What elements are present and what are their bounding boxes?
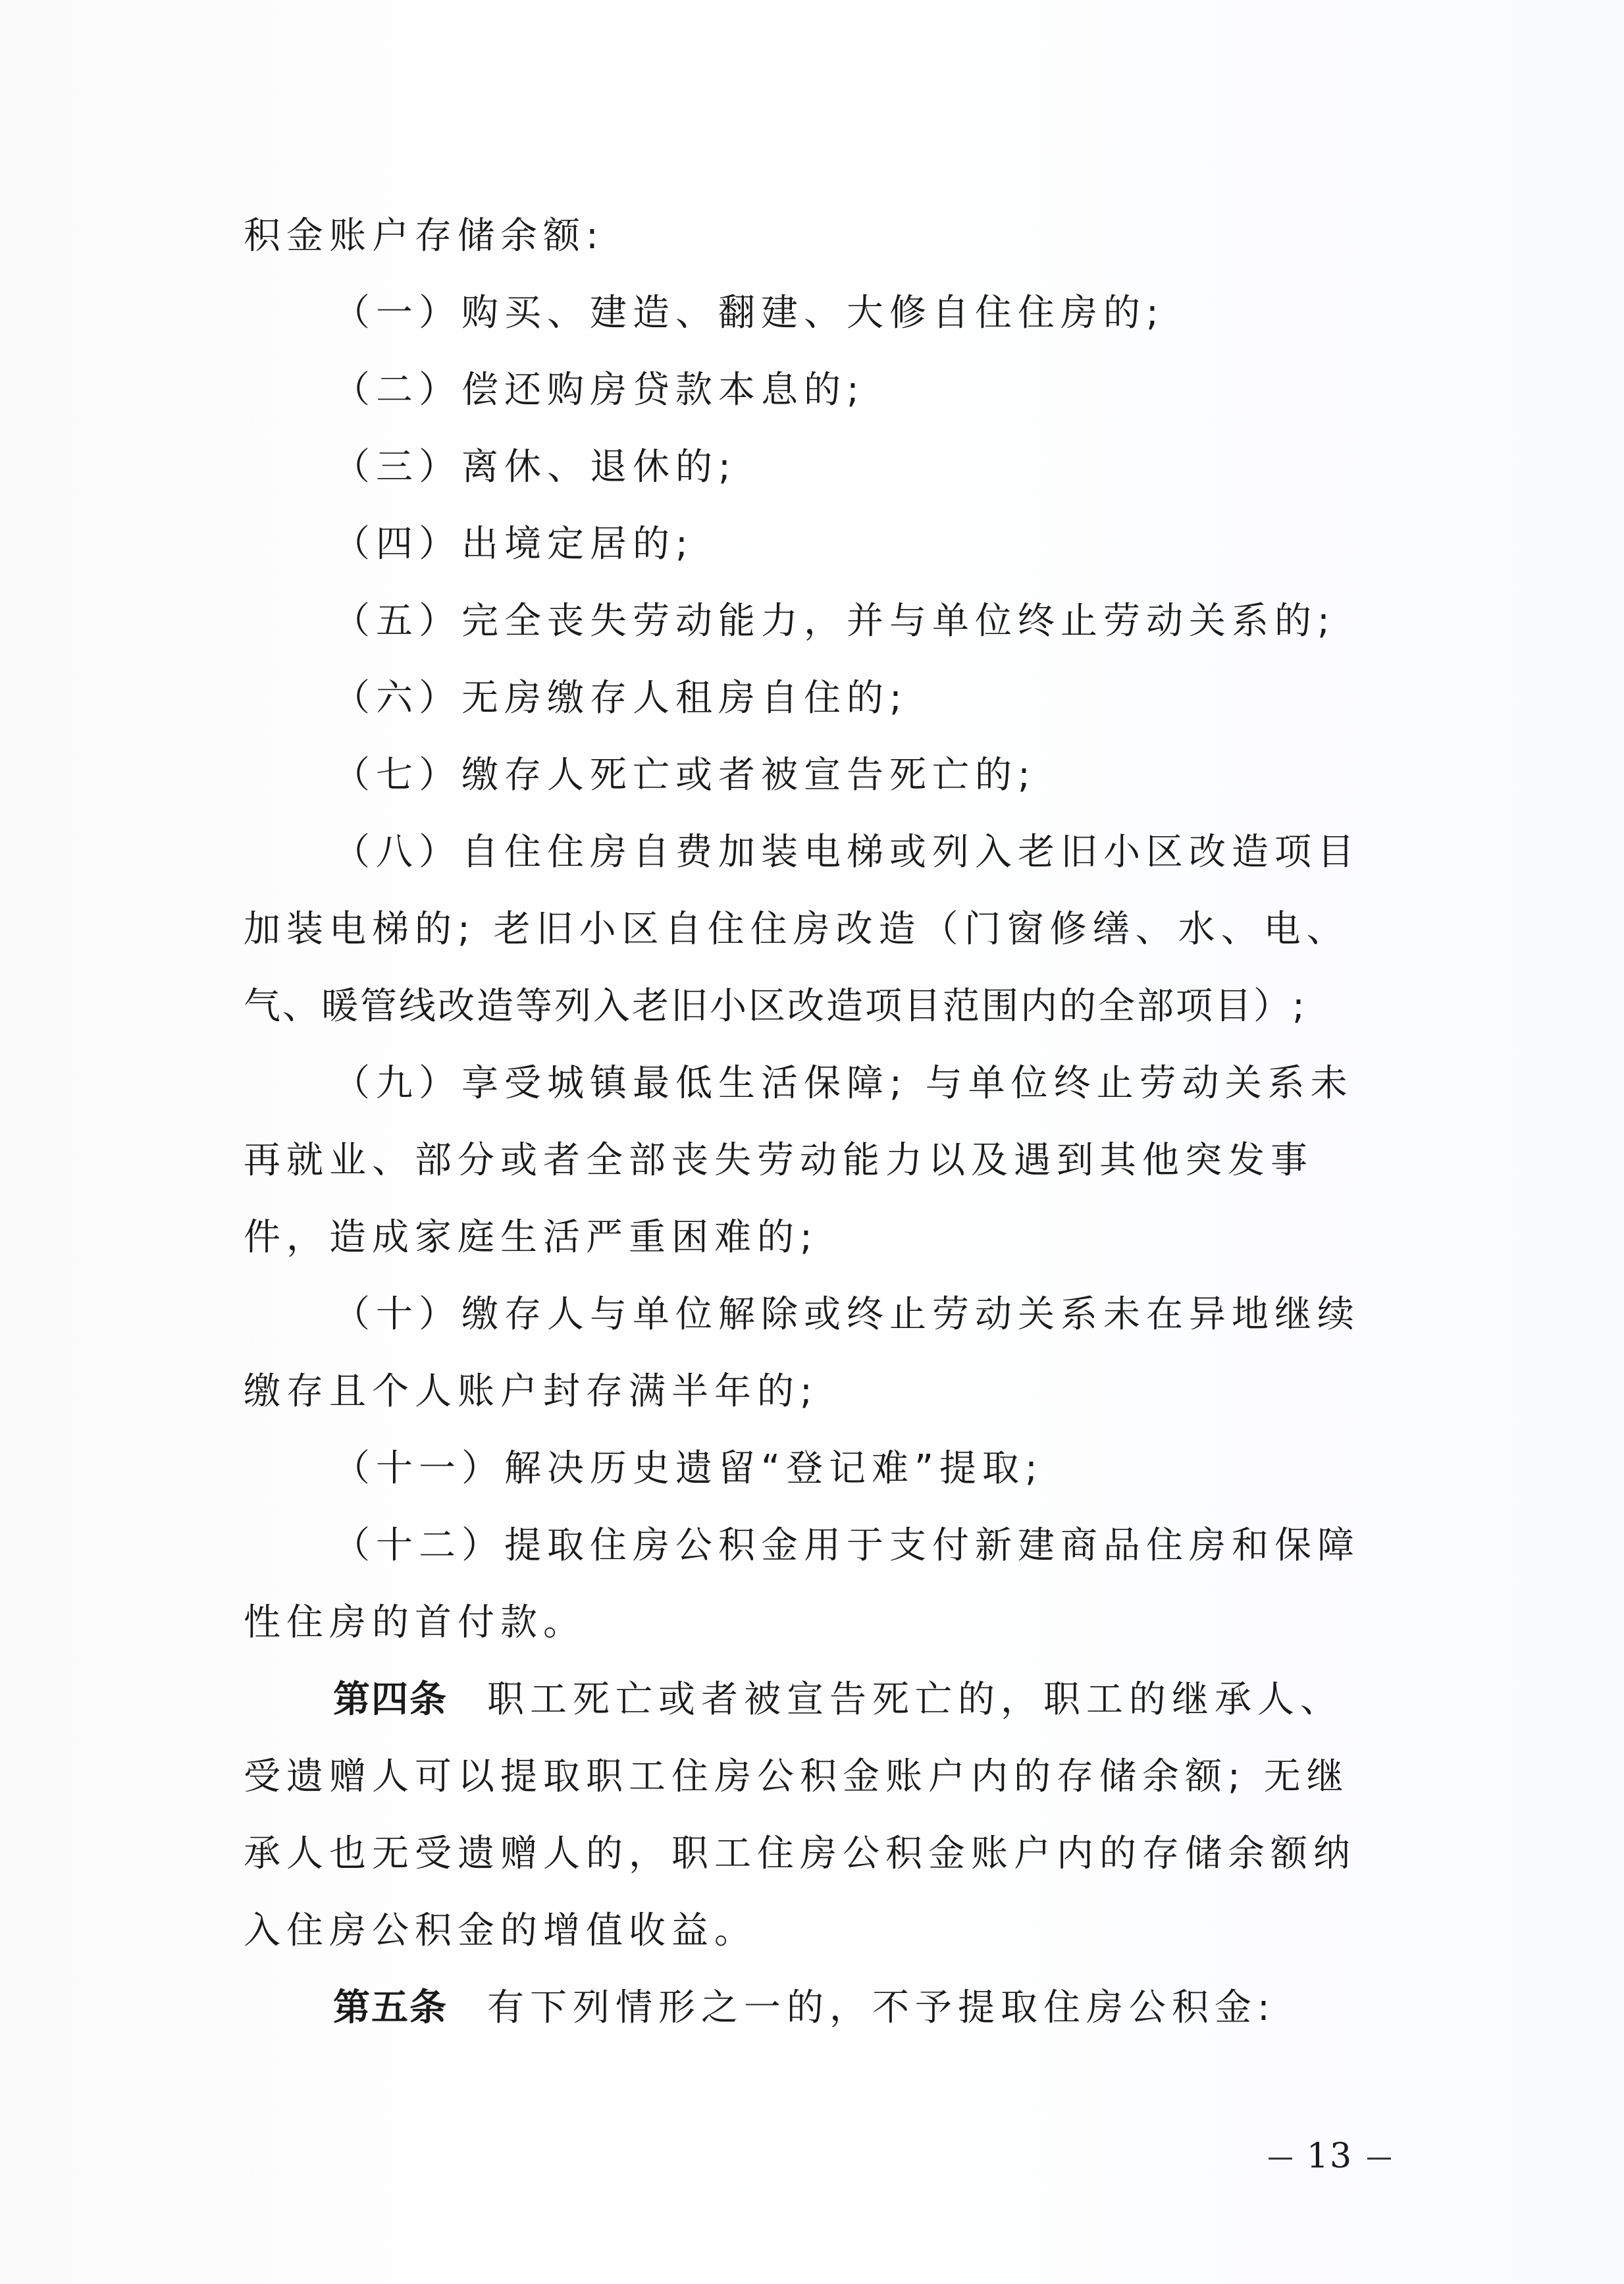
item-text: 再就业、部分或者全部丧失劳动能力以及遇到其他突发事 xyxy=(244,1122,1389,1199)
list-item-12: （十二）提取住房公积金用于支付新建商品住房和保障 性住房的首付款。 xyxy=(244,1507,1389,1661)
item-text: 完全丧失劳动能力，并与单位终止劳动关系的; xyxy=(461,600,1336,643)
item-text: 气、暖管线改造等列入老旧小区改造项目范围内的全部项目）; xyxy=(244,968,1389,1045)
article-text: 有下列情形之一的，不予提取住房公积金: xyxy=(487,1986,1276,2029)
item-text: 自住住房自费加装电梯或列入老旧小区改造项目 xyxy=(461,831,1360,874)
list-item-8: （八）自住住房自费加装电梯或列入老旧小区改造项目 加装电梯的; 老旧小区自住住房… xyxy=(244,814,1389,1045)
item-text: 享受城镇最低生活保障; 与单位终止劳动关系未 xyxy=(461,1062,1353,1105)
list-item-9: （九）享受城镇最低生活保障; 与单位终止劳动关系未 再就业、部分或者全部丧失劳动… xyxy=(244,1045,1389,1276)
item-text: 性住房的首付款。 xyxy=(244,1584,1389,1661)
article-4: 第四条职工死亡或者被宣告死亡的，职工的继承人、 受遗赠人可以提取职工住房公积金账… xyxy=(244,1661,1389,1969)
item-text: 缴存且个人账户封存满半年的; xyxy=(244,1353,1389,1430)
article-text: 职工死亡或者被宣告死亡的，职工的继承人、 xyxy=(487,1678,1343,1721)
page-number: 13 xyxy=(1251,2137,1409,2176)
article-heading: 第五条 xyxy=(333,1986,448,2029)
item-label: （十二） xyxy=(333,1524,504,1567)
article-5: 第五条有下列情形之一的，不予提取住房公积金: xyxy=(244,1969,1389,2046)
list-item-1: （一）购买、建造、翻建、大修自住住房的; xyxy=(244,275,1389,352)
dash-right xyxy=(1367,2158,1391,2160)
list-item-6: （六）无房缴存人租房自住的; xyxy=(244,660,1389,737)
list-item-10: （十）缴存人与单位解除或终止劳动关系未在异地继续 缴存且个人账户封存满半年的; xyxy=(244,1276,1389,1430)
list-item-11: （十一）解决历史遗留“登记难”提取; xyxy=(244,1430,1389,1507)
continuation-line: 积金账户存储余额: xyxy=(244,198,1389,275)
item-label: （七） xyxy=(333,754,461,797)
item-text: 离休、退休的; xyxy=(461,446,737,489)
article-text: 入住房公积金的增值收益。 xyxy=(244,1892,1389,1969)
list-item-7: （七）缴存人死亡或者被宣告死亡的; xyxy=(244,737,1389,814)
article-text: 受遗赠人可以提取职工住房公积金账户内的存储余额; 无继 xyxy=(244,1738,1389,1815)
item-text: 解决历史遗留“登记难”提取; xyxy=(504,1447,1043,1490)
item-text: 缴存人与单位解除或终止劳动关系未在异地继续 xyxy=(461,1293,1360,1336)
item-text: 缴存人死亡或者被宣告死亡的; xyxy=(461,754,1036,797)
item-label: （十） xyxy=(333,1293,461,1336)
item-text: 加装电梯的; 老旧小区自住住房改造（门窗修缮、水、电、 xyxy=(244,891,1389,968)
item-text: 件，造成家庭生活严重困难的; xyxy=(244,1199,1389,1276)
item-label: （四） xyxy=(333,523,461,566)
item-label: （一） xyxy=(333,292,461,334)
article-text: 承人也无受遗赠人的，职工住房公积金账户内的存储余额纳 xyxy=(244,1815,1389,1892)
item-label: （五） xyxy=(333,600,461,643)
item-label: （二） xyxy=(333,369,461,412)
document-body: 积金账户存储余额: （一）购买、建造、翻建、大修自住住房的; （二）偿还购房贷款… xyxy=(244,198,1389,2046)
dash-left xyxy=(1269,2158,1292,2160)
item-label: （三） xyxy=(333,446,461,489)
item-label: （九） xyxy=(333,1062,461,1105)
item-label: （十一） xyxy=(333,1447,504,1490)
item-text: 购买、建造、翻建、大修自住住房的; xyxy=(461,292,1165,334)
list-item-4: （四）出境定居的; xyxy=(244,506,1389,583)
document-page: 积金账户存储余额: （一）购买、建造、翻建、大修自住住房的; （二）偿还购房贷款… xyxy=(0,0,1624,2284)
list-item-5: （五）完全丧失劳动能力，并与单位终止劳动关系的; xyxy=(244,583,1389,660)
item-text: 提取住房公积金用于支付新建商品住房和保障 xyxy=(504,1524,1360,1567)
list-item-2: （二）偿还购房贷款本息的; xyxy=(244,352,1389,429)
item-label: （六） xyxy=(333,677,461,720)
article-heading: 第四条 xyxy=(333,1678,448,1721)
item-text: 无房缴存人租房自住的; xyxy=(461,677,908,720)
item-label: （八） xyxy=(333,831,461,874)
page-number-value: 13 xyxy=(1307,2137,1353,2176)
list-item-3: （三）离休、退休的; xyxy=(244,429,1389,506)
item-text: 偿还购房贷款本息的; xyxy=(461,369,865,412)
item-text: 出境定居的; xyxy=(461,523,694,566)
